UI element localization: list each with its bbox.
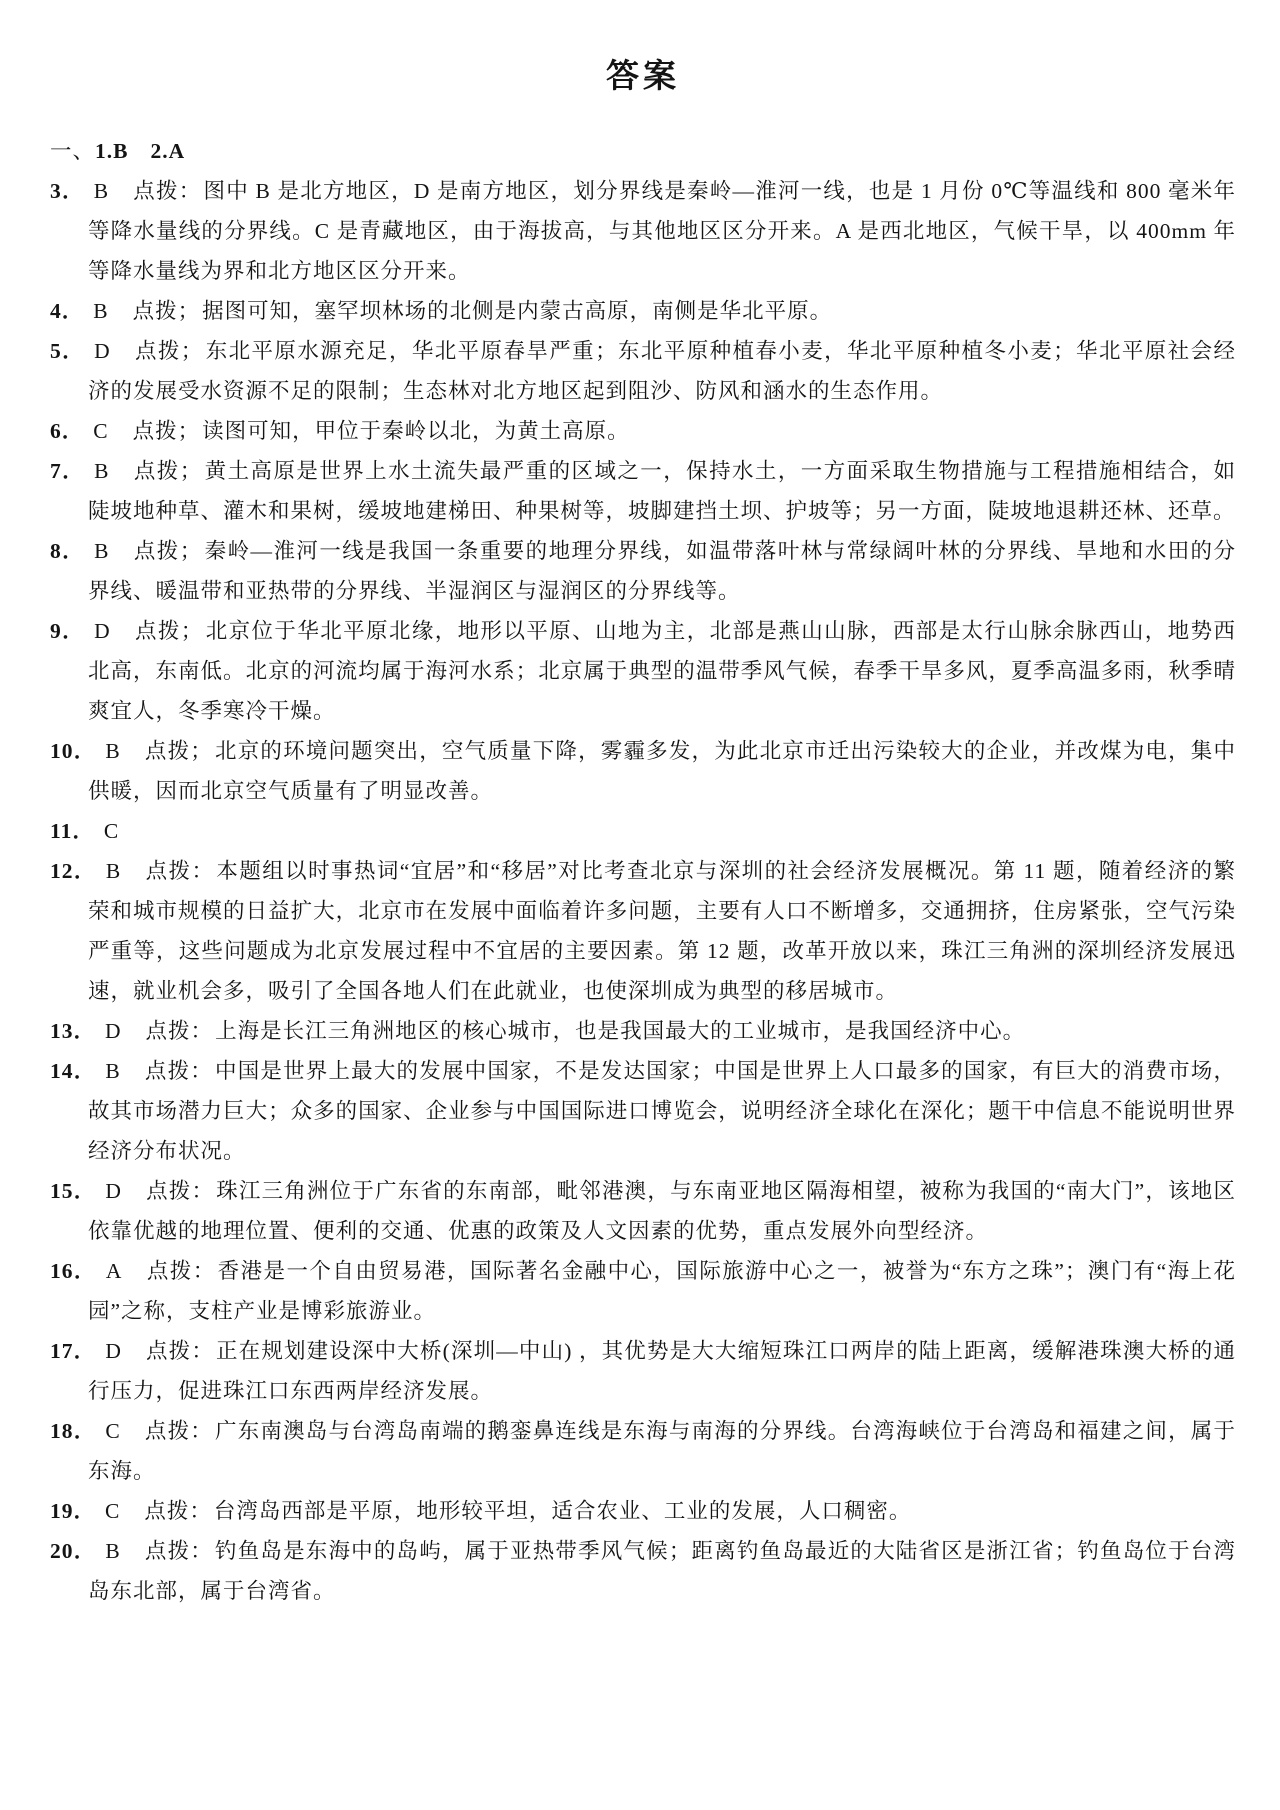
answer-item: 13．D点拨：上海是长江三角洲地区的核心城市，也是我国最大的工业城市，是我国经济…: [50, 1011, 1236, 1051]
question-number: 13．: [50, 1019, 96, 1043]
tip-text: 黄土高原是世界上水土流失最严重的区域之一，保持水土，一方面采取生物措施与工程措施…: [88, 459, 1236, 523]
answer-letter: C: [93, 419, 108, 443]
question-number: 12．: [50, 859, 97, 883]
question-number: 6．: [50, 419, 84, 443]
question-number: 11．: [50, 819, 95, 843]
tip-label: 点拨：: [145, 1059, 213, 1083]
answer-letter: D: [105, 1179, 122, 1203]
tip-text: 据图可知，塞罕坝林场的北侧是内蒙古高原，南侧是华北平原。: [202, 299, 832, 323]
answer-list: 3．B点拨：图中 B 是北方地区，D 是南方地区，划分界线是秦岭—淮河一线，也是…: [50, 171, 1236, 1611]
question-number: 20．: [50, 1539, 96, 1563]
answer-letter: B: [94, 539, 109, 563]
tip-text: 台湾岛西部是平原，地形较平坦，适合农业、工业的发展，人口稠密。: [214, 1499, 912, 1523]
question-number: 10．: [50, 739, 96, 763]
question-number: 16．: [50, 1259, 97, 1283]
tip-text: 广东南澳岛与台湾岛南端的鹅銮鼻连线是东海与南海的分界线。台湾海峡位于台湾岛和福建…: [88, 1419, 1236, 1483]
tip-label: 点拨；: [145, 739, 213, 763]
tip-text: 中国是世界上最大的发展中国家，不是发达国家；中国是世界上人口最多的国家，有巨大的…: [88, 1059, 1236, 1163]
tip-text: 香港是一个自由贸易港，国际著名金融中心，国际旅游中心之一，被誉为“东方之珠”；澳…: [88, 1259, 1236, 1323]
answer-item: 3．B点拨：图中 B 是北方地区，D 是南方地区，划分界线是秦岭—淮河一线，也是…: [50, 171, 1236, 291]
answer-letter: D: [94, 619, 111, 643]
answer-letter: D: [105, 1019, 122, 1043]
answer-letter: C: [105, 1499, 120, 1523]
tip-text: 图中 B 是北方地区，D 是南方地区，划分界线是秦岭—淮河一线，也是 1 月份 …: [88, 179, 1236, 283]
tip-text: 北京位于华北平原北缘，地形以平原、山地为主，北部是燕山山脉，西部是太行山脉余脉西…: [88, 619, 1236, 723]
tip-text: 秦岭—淮河一线是我国一条重要的地理分界线，如温带落叶林与常绿阔叶林的分界线、旱地…: [88, 539, 1236, 603]
answer-letter: A: [106, 1259, 123, 1283]
tip-label: 点拨；: [133, 459, 202, 483]
question-number: 14．: [50, 1059, 96, 1083]
tip-label: 点拨：: [146, 1259, 215, 1283]
answer-item: 18．C点拨：广东南澳岛与台湾岛南端的鹅銮鼻连线是东海与南海的分界线。台湾海峡位…: [50, 1411, 1236, 1491]
answer-item: 20．B点拨：钓鱼岛是东海中的岛屿，属于亚热带季风气候；距离钓鱼岛最近的大陆省区…: [50, 1531, 1236, 1611]
answer-letter: B: [94, 179, 109, 203]
tip-label: 点拨；: [133, 539, 202, 563]
answer-letter: B: [105, 739, 120, 763]
tip-label: 点拨：: [145, 859, 214, 883]
answer-item: 10．B点拨；北京的环境问题突出，空气质量下降，雾霾多发，为此北京市迁出污染较大…: [50, 731, 1236, 811]
answer-item: 12．B点拨：本题组以时事热词“宜居”和“移居”对比考查北京与深圳的社会经济发展…: [50, 851, 1236, 1011]
answer-key-page: 答案 一、1.B2.A 3．B点拨：图中 B 是北方地区，D 是南方地区，划分界…: [0, 0, 1280, 1810]
answer-letter: C: [104, 819, 119, 843]
section-one-answers: 一、1.B2.A: [50, 131, 1236, 171]
tip-label: 点拨：: [146, 1179, 214, 1203]
question-number: 19．: [50, 1499, 96, 1523]
answer-letter: C: [105, 1419, 120, 1443]
tip-text: 上海是长江三角洲地区的核心城市，也是我国最大的工业城市，是我国经济中心。: [215, 1019, 1025, 1043]
answer-item: 11．C: [50, 811, 1236, 851]
question-number: 4．: [50, 299, 84, 323]
answer-item: 9．D点拨；北京位于华北平原北缘，地形以平原、山地为主，北部是燕山山脉，西部是太…: [50, 611, 1236, 731]
question-number: 8．: [50, 539, 85, 563]
answer-item: 16．A点拨：香港是一个自由贸易港，国际著名金融中心，国际旅游中心之一，被誉为“…: [50, 1251, 1236, 1331]
answer-letter: B: [105, 1539, 120, 1563]
answer-letter: D: [94, 339, 111, 363]
answer-item: 14．B点拨：中国是世界上最大的发展中国家，不是发达国家；中国是世界上人口最多的…: [50, 1051, 1236, 1171]
answer-item: 17．D点拨：正在规划建设深中大桥(深圳—中山) ，其优势是大大缩短珠江口两岸的…: [50, 1331, 1236, 1411]
answer-2: 2.A: [150, 139, 185, 163]
answer-item: 15．D点拨：珠江三角洲位于广东省的东南部，毗邻港澳，与东南亚地区隔海相望，被称…: [50, 1171, 1236, 1251]
tip-text: 北京的环境问题突出，空气质量下降，雾霾多发，为此北京市迁出污染较大的企业，并改煤…: [88, 739, 1236, 803]
question-number: 3．: [50, 179, 85, 203]
answer-item: 7．B点拨；黄土高原是世界上水土流失最严重的区域之一，保持水土，一方面采取生物措…: [50, 451, 1236, 531]
answer-item: 4．B点拨；据图可知，塞罕坝林场的北侧是内蒙古高原，南侧是华北平原。: [50, 291, 1236, 331]
answer-item: 8．B点拨；秦岭—淮河一线是我国一条重要的地理分界线，如温带落叶林与常绿阔叶林的…: [50, 531, 1236, 611]
section-one-label: 一、: [50, 139, 95, 163]
tip-label: 点拨：: [145, 1539, 213, 1563]
answer-letter: B: [106, 859, 121, 883]
tip-label: 点拨；: [135, 619, 204, 643]
question-number: 15．: [50, 1179, 96, 1203]
tip-label: 点拨；: [133, 299, 201, 323]
tip-label: 点拨：: [144, 1499, 212, 1523]
tip-text: 钓鱼岛是东海中的岛屿，属于亚热带季风气候；距离钓鱼岛最近的大陆省区是浙江省；钓鱼…: [88, 1539, 1236, 1603]
tip-text: 读图可知，甲位于秦岭以北，为黄土高原。: [202, 419, 630, 443]
question-number: 9．: [50, 619, 85, 643]
answer-item: 19．C点拨：台湾岛西部是平原，地形较平坦，适合农业、工业的发展，人口稠密。: [50, 1491, 1236, 1531]
answer-item: 5．D点拨；东北平原水源充足，华北平原春旱严重；东北平原种植春小麦，华北平原种植…: [50, 331, 1236, 411]
answer-letter: D: [105, 1339, 122, 1363]
tip-label: 点拨：: [146, 1019, 214, 1043]
answer-item: 6．C点拨；读图可知，甲位于秦岭以北，为黄土高原。: [50, 411, 1236, 451]
tip-text: 珠江三角洲位于广东省的东南部，毗邻港澳，与东南亚地区隔海相望，被称为我国的“南大…: [88, 1179, 1236, 1243]
tip-label: 点拨：: [133, 179, 201, 203]
tip-text: 东北平原水源充足，华北平原春旱严重；东北平原种植春小麦，华北平原种植冬小麦；华北…: [88, 339, 1236, 403]
answer-letter: B: [94, 459, 109, 483]
question-number: 7．: [50, 459, 85, 483]
answer-letter: B: [105, 1059, 120, 1083]
question-number: 17．: [50, 1339, 96, 1363]
question-number: 18．: [50, 1419, 96, 1443]
question-number: 5．: [50, 339, 85, 363]
tip-label: 点拨：: [146, 1339, 214, 1363]
tip-label: 点拨；: [133, 419, 201, 443]
tip-label: 点拨；: [135, 339, 204, 363]
answer-letter: B: [93, 299, 108, 323]
tip-text: 本题组以时事热词“宜居”和“移居”对比考查北京与深圳的社会经济发展概况。第 11…: [88, 859, 1236, 1003]
page-title: 答案: [50, 50, 1236, 97]
answer-1: 1.B: [95, 139, 128, 163]
tip-text: 正在规划建设深中大桥(深圳—中山) ，其优势是大大缩短珠江口两岸的陆上距离，缓解…: [88, 1339, 1236, 1403]
tip-label: 点拨：: [145, 1419, 213, 1443]
